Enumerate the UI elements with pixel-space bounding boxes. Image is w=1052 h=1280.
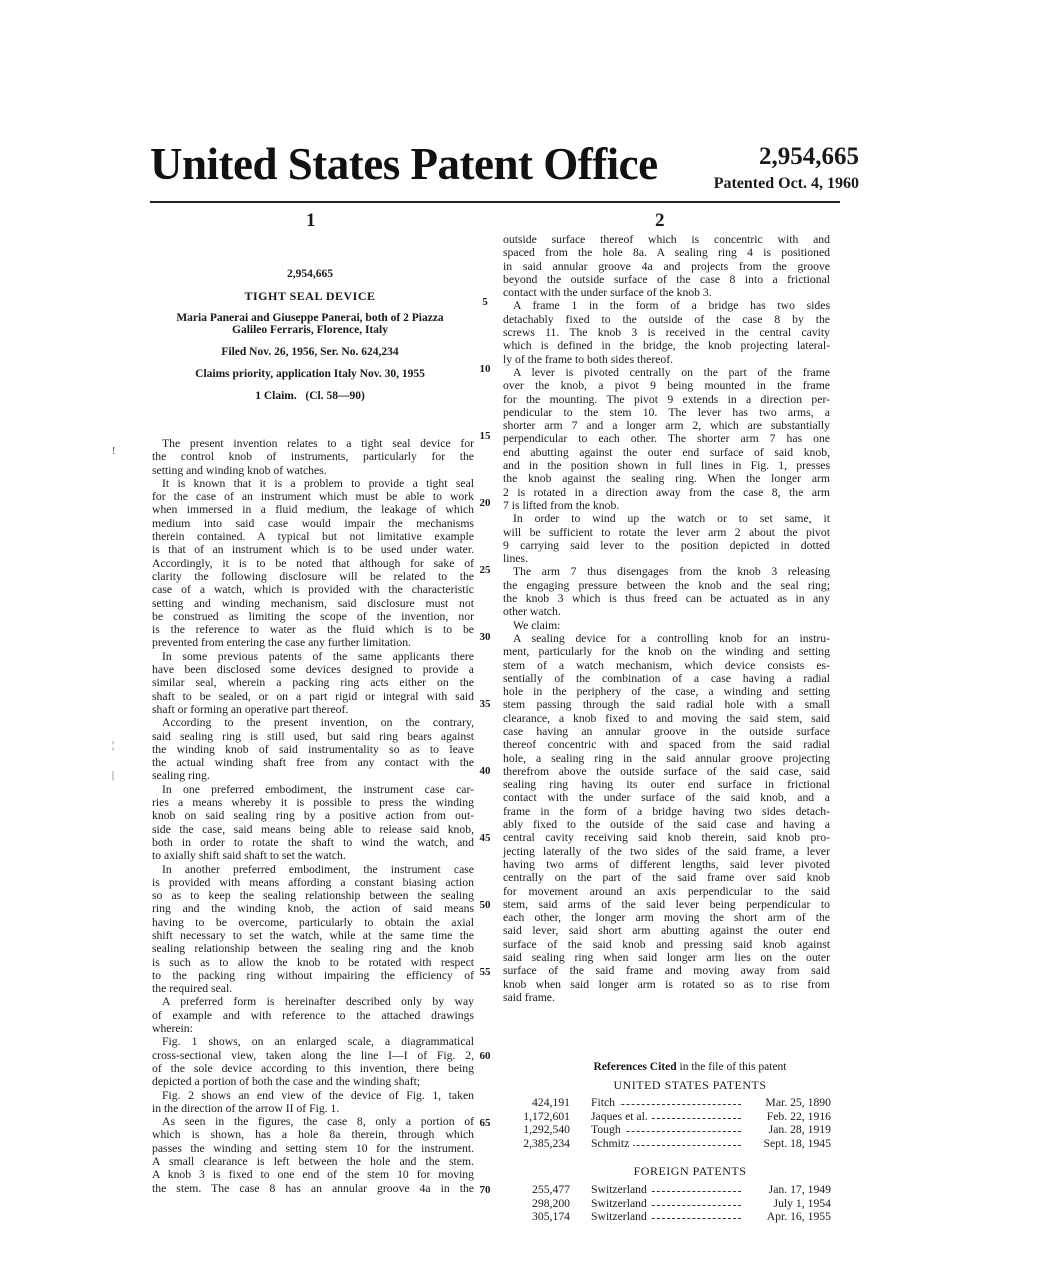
text-line: surface of the said frame and moving awa…: [503, 964, 830, 977]
scan-mark: |: [112, 770, 114, 781]
text-line: A lever is pivoted centrally on the part…: [503, 366, 830, 379]
reference-date: July 1, 1954: [771, 1197, 831, 1210]
text-line: hole, a sealing ring in the said annular…: [503, 752, 830, 765]
text-line: will be sufficient to rotate the lever a…: [503, 526, 830, 539]
text-line: each other, the longer arm moving the sh…: [503, 911, 830, 924]
text-line: for the case of an instrument which must…: [152, 490, 474, 503]
reference-row: 298,200SwitzerlandJuly 1, 1954: [505, 1197, 831, 1210]
text-line: be construed as limiting the scope of th…: [152, 610, 474, 623]
text-line: passes the winding and setting stem 10 f…: [152, 1142, 474, 1155]
text-line: beyond the outside surface of the case 8…: [503, 273, 830, 286]
line-number: 35: [474, 698, 496, 710]
patent-number: 2,954,665: [759, 143, 859, 171]
text-line: A sealing device for a controlling knob …: [503, 632, 830, 645]
text-line: contact with the under surface of the kn…: [503, 286, 830, 299]
text-line: It is known that it is a problem to prov…: [152, 477, 474, 490]
text-line: both in order to rotate the shaft to win…: [152, 836, 474, 849]
text-line: to the packing ring without impairing th…: [152, 969, 474, 982]
text-line: over the knob, a pivot 9 being mounted i…: [503, 379, 830, 392]
reference-row: 255,477SwitzerlandJan. 17, 1949: [505, 1183, 831, 1196]
text-line: which is defined in the bridge, the knob…: [503, 339, 830, 352]
text-line: the winding knob of said instrumentality…: [152, 743, 474, 756]
text-line: said sealing ring when said longer arm l…: [503, 951, 830, 964]
text-line: wherein:: [152, 1022, 474, 1035]
text-line: We claim:: [503, 619, 830, 632]
text-line: other watch.: [503, 605, 830, 618]
text-line: 9 carrying said lever to the position de…: [503, 539, 830, 552]
reference-date: Jan. 28, 1919: [766, 1123, 831, 1136]
priority-claim: Claims priority, application Italy Nov. …: [150, 368, 470, 381]
text-line: the control knob of instruments, particu…: [152, 450, 474, 463]
text-line: prevented from entering the case any fur…: [152, 636, 474, 649]
filing-info: Filed Nov. 26, 1956, Ser. No. 624,234: [150, 346, 470, 359]
text-line: A small clearance is left between the ho…: [152, 1155, 474, 1168]
column-number-2: 2: [655, 210, 665, 232]
patented-date: Patented Oct. 4, 1960: [714, 175, 859, 193]
text-line: outside surface thereof which is concent…: [503, 233, 830, 246]
text-line: sealing relationship between the sealing…: [152, 942, 474, 955]
text-line: which is shown, has a hole 8a therein, t…: [152, 1128, 474, 1141]
line-number: 60: [474, 1050, 496, 1062]
text-line: ment, particularly for the knob on the w…: [503, 645, 830, 658]
line-number: 50: [474, 899, 496, 911]
text-line: ries a means whereby it is possible to p…: [152, 796, 474, 809]
inventors-line-2: Galileo Ferraris, Florence, Italy: [150, 324, 470, 337]
text-line: end abutting against the outer end surfa…: [503, 446, 830, 459]
text-line: the knob 3 which is thus freed can be ac…: [503, 592, 830, 605]
text-line: shorter arm 7 and a longer arm 2, which …: [503, 419, 830, 432]
line-number: 45: [474, 832, 496, 844]
text-line: The present invention relates to a tight…: [152, 437, 474, 450]
reference-number: 1,292,540: [505, 1123, 570, 1136]
line-number: 15: [474, 430, 496, 442]
text-line: frame in the form of a bridge having two…: [503, 805, 830, 818]
reference-name: Tough: [591, 1123, 625, 1136]
text-line: clearance, a knob fixed to and moving th…: [503, 712, 830, 725]
line-number: 5: [474, 296, 496, 308]
claims-classification: 1 Claim. (Cl. 58—90): [150, 390, 470, 403]
reference-number: 298,200: [505, 1197, 570, 1210]
text-line: case having an annular groove in the out…: [503, 725, 830, 738]
text-line: Fig. 2 shows an end view of the device o…: [152, 1089, 474, 1102]
line-number: 20: [474, 497, 496, 509]
reference-number: 424,191: [505, 1096, 570, 1109]
references-cited-bold: References Cited: [593, 1061, 676, 1073]
text-line: medium into said case would impair the m…: [152, 517, 474, 530]
text-line: surface of the said knob and pressing sa…: [503, 938, 830, 951]
references-cited-heading: References Cited in the file of this pat…: [540, 1061, 840, 1073]
line-number: 10: [474, 363, 496, 375]
reference-row: 424,191FitchMar. 25, 1890: [505, 1096, 831, 1109]
reference-name: Fitch: [591, 1096, 619, 1109]
text-line: is provided with means affording a const…: [152, 876, 474, 889]
text-line: In some previous patents of the same app…: [152, 650, 474, 663]
line-number: 40: [474, 765, 496, 777]
column-number-1: 1: [306, 210, 316, 232]
text-line: for movement around an axis perpendicula…: [503, 885, 830, 898]
text-line: said lever, said short arm abutting agai…: [503, 924, 830, 937]
reference-date: Mar. 25, 1890: [762, 1096, 831, 1109]
text-line: Fig. 1 shows, on an enlarged scale, a di…: [152, 1035, 474, 1048]
text-line: in said annular groove 4a and projects f…: [503, 260, 830, 273]
text-line: 2 is rotated in a direction away from th…: [503, 486, 830, 499]
text-line: said sealing ring is still used, but sai…: [152, 730, 474, 743]
line-number: 65: [474, 1117, 496, 1129]
text-line: A frame 1 in the form of a bridge has tw…: [503, 299, 830, 312]
text-line: and in the position shown in full lines …: [503, 459, 830, 472]
text-line: stem passing through the said radial hol…: [503, 698, 830, 711]
text-line: cross-sectional view, taken along the li…: [152, 1049, 474, 1062]
text-line: In order to wind up the watch or to set …: [503, 512, 830, 525]
reference-name: Jaques et al.: [591, 1110, 652, 1123]
text-line: the engaging pressure between the knob a…: [503, 579, 830, 592]
text-line: depicted a portion of both the case and …: [152, 1075, 474, 1088]
text-line: lines.: [503, 552, 830, 565]
text-line: shaft or forming an operative part there…: [152, 703, 474, 716]
reference-date: Apr. 16, 1955: [764, 1210, 831, 1223]
invention-title: TIGHT SEAL DEVICE: [150, 290, 470, 303]
text-line: the actual winding shaft free from any c…: [152, 756, 474, 769]
office-title: United States Patent Office: [150, 138, 658, 190]
text-line: setting and winding knob of watches.: [152, 464, 474, 477]
text-line: 7 is lifted from the knob.: [503, 499, 830, 512]
text-line: A knob 3 is fixed to one end of the stem…: [152, 1168, 474, 1181]
reference-number: 305,174: [505, 1210, 570, 1223]
reference-name: Switzerland: [591, 1210, 651, 1223]
column-1-text: The present invention relates to a tight…: [152, 437, 474, 1195]
reference-name: Switzerland: [591, 1183, 651, 1196]
text-line: ably fixed to the outside of the said ca…: [503, 818, 830, 831]
text-line: sentially of the combination of a case h…: [503, 672, 830, 685]
text-line: sealing ring.: [152, 769, 474, 782]
reference-row: 305,174SwitzerlandApr. 16, 1955: [505, 1210, 831, 1223]
text-line: of the sole device according to this inv…: [152, 1062, 474, 1075]
text-line: Accordingly, it is to be noted that alth…: [152, 557, 474, 570]
text-line: contact with the under surface of the sa…: [503, 791, 830, 804]
scan-mark: !: [112, 446, 115, 457]
foreign-patents-heading: FOREIGN PATENTS: [540, 1164, 840, 1179]
text-line: A preferred form is hereinafter describe…: [152, 995, 474, 1008]
text-line: shift necessary to set the watch, while …: [152, 929, 474, 942]
text-line: the stem. The case 8 has an annular groo…: [152, 1182, 474, 1195]
text-line: ring and the winding knob, the action of…: [152, 902, 474, 915]
text-line: In one preferred embodiment, the instrum…: [152, 783, 474, 796]
text-line: In another preferred embodiment, the ins…: [152, 863, 474, 876]
reference-row: 1,172,601Jaques et al.Feb. 22, 1916: [505, 1110, 831, 1123]
text-line: to axially shift said shaft to set the w…: [152, 849, 474, 862]
text-line: According to the present invention, on t…: [152, 716, 474, 729]
text-line: pendicular to the stem 10. The lever has…: [503, 406, 830, 419]
scan-mark: ¦: [112, 740, 114, 751]
text-line: is the reference to water as the fluid w…: [152, 623, 474, 636]
reference-number: 2,385,234: [505, 1137, 570, 1150]
header-rule: [150, 201, 840, 203]
text-line: the required seal.: [152, 982, 474, 995]
us-patents-heading: UNITED STATES PATENTS: [540, 1078, 840, 1093]
column-2-text: outside surface thereof which is concent…: [503, 233, 830, 1004]
text-line: detachably fixed to the outside of the c…: [503, 313, 830, 326]
references-cited-rest: in the file of this patent: [677, 1061, 787, 1073]
text-line: the knob against the sealing ring. When …: [503, 472, 830, 485]
text-line: sealing ring having its outer end surfac…: [503, 778, 830, 791]
line-number: 25: [474, 564, 496, 576]
text-line: having two arms of different lengths, sa…: [503, 858, 830, 871]
reference-date: Sept. 18, 1945: [760, 1137, 831, 1150]
text-line: therefrom above the outside surface of t…: [503, 765, 830, 778]
line-number: 55: [474, 966, 496, 978]
text-line: screws 11. The knob 3 is received in the…: [503, 326, 830, 339]
text-line: similar seal, wherein a packing ring act…: [152, 676, 474, 689]
text-line: when immersed in a fluid medium, the lea…: [152, 503, 474, 516]
reference-name: Switzerland: [591, 1197, 651, 1210]
text-line: knob when said longer arm is rotated so …: [503, 978, 830, 991]
text-line: ly of the frame to both sides thereof.: [503, 353, 830, 366]
text-line: in the direction of the arrow II of Fig.…: [152, 1102, 474, 1115]
text-line: of example and with reference to the att…: [152, 1009, 474, 1022]
text-line: knob on said sealing ring by a positive …: [152, 809, 474, 822]
text-line: clarity the following disclosure will be…: [152, 570, 474, 583]
text-line: As seen in the figures, the case 8, only…: [152, 1115, 474, 1128]
text-line: spaced from the hole 8a. A sealing ring …: [503, 246, 830, 259]
text-line: thereof concentric with and spaced from …: [503, 738, 830, 751]
text-line: for the mounting. The pivot 9 extends in…: [503, 393, 830, 406]
text-line: shaft to be sealed, or on a part rigid o…: [152, 690, 474, 703]
text-line: The arm 7 thus disengages from the knob …: [503, 565, 830, 578]
text-line: stem of a watch mechanism, which device …: [503, 659, 830, 672]
text-line: stem, said arms of the said lever being …: [503, 898, 830, 911]
text-line: side the case, said means being able to …: [152, 823, 474, 836]
patent-page: United States Patent Office 2,954,665 Pa…: [0, 0, 1052, 1280]
text-line: therein contained. A typical but not lim…: [152, 530, 474, 543]
reference-number: 255,477: [505, 1183, 570, 1196]
text-line: central cavity receiving said knob there…: [503, 831, 830, 844]
text-line: said frame.: [503, 991, 830, 1004]
reference-name: Schmitz: [591, 1137, 633, 1150]
reference-date: Feb. 22, 1916: [764, 1110, 831, 1123]
text-line: so as to keep the sealing relationship b…: [152, 889, 474, 902]
text-line: having to be overcome, particularly to o…: [152, 916, 474, 929]
reference-row: 2,385,234SchmitzSept. 18, 1945: [505, 1137, 831, 1150]
reference-date: Jan. 17, 1949: [766, 1183, 831, 1196]
text-line: hole in the periphery of the case, a win…: [503, 685, 830, 698]
text-line: have been disclosed some devices designe…: [152, 663, 474, 676]
line-number: 30: [474, 631, 496, 643]
text-line: case of a watch, which is provided with …: [152, 583, 474, 596]
text-line: centrally on the part of the said frame …: [503, 871, 830, 884]
text-line: jecting laterally of the two sides of th…: [503, 845, 830, 858]
text-line: setting and winding mechanism, said disc…: [152, 597, 474, 610]
line-number: 70: [474, 1184, 496, 1196]
front-patent-number: 2,954,665: [150, 268, 470, 281]
reference-number: 1,172,601: [505, 1110, 570, 1123]
text-line: is that of an instrument which is to be …: [152, 543, 474, 556]
text-line: is such as to allow the knob to be rotat…: [152, 956, 474, 969]
text-line: perpendicular to each other. The shorter…: [503, 432, 830, 445]
reference-row: 1,292,540ToughJan. 28, 1919: [505, 1123, 831, 1136]
